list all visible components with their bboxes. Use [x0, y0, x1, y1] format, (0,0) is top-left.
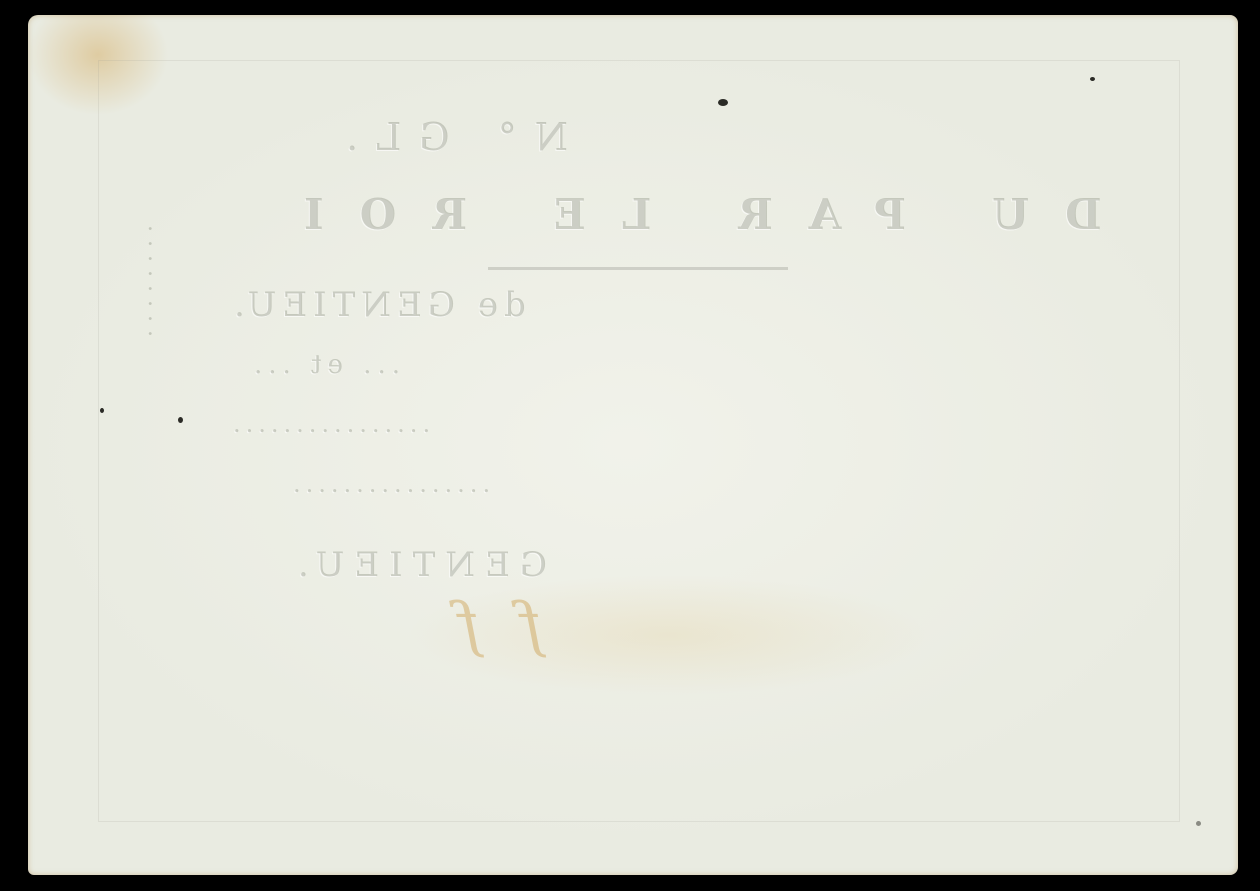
- paper-note: N° GL. DU PAR LE ROI de GENTIEU. ... et …: [28, 15, 1238, 875]
- bleed-line-1: N° GL.: [328, 115, 568, 159]
- ink-spot: [718, 99, 728, 106]
- ink-spot: [100, 408, 104, 413]
- bleed-line-5: ................: [228, 410, 430, 438]
- signature-stain: ff: [418, 590, 542, 660]
- mirrored-text-bleed: N° GL. DU PAR LE ROI de GENTIEU. ... et …: [28, 15, 1238, 875]
- ink-spot: [1090, 77, 1095, 81]
- ink-spot: [178, 417, 183, 423]
- bleed-line-3: de GENTIEU.: [228, 285, 526, 325]
- bleed-line-4: ... et ...: [248, 350, 400, 380]
- divider-rule: [488, 267, 788, 270]
- side-text-bleed: ........: [143, 225, 168, 345]
- bleed-line-6: ................: [288, 470, 490, 498]
- bleed-line-2: DU PAR LE ROI: [268, 190, 1102, 239]
- ink-spot: [1196, 821, 1201, 826]
- bleed-line-7: GENTIEU.: [288, 545, 547, 585]
